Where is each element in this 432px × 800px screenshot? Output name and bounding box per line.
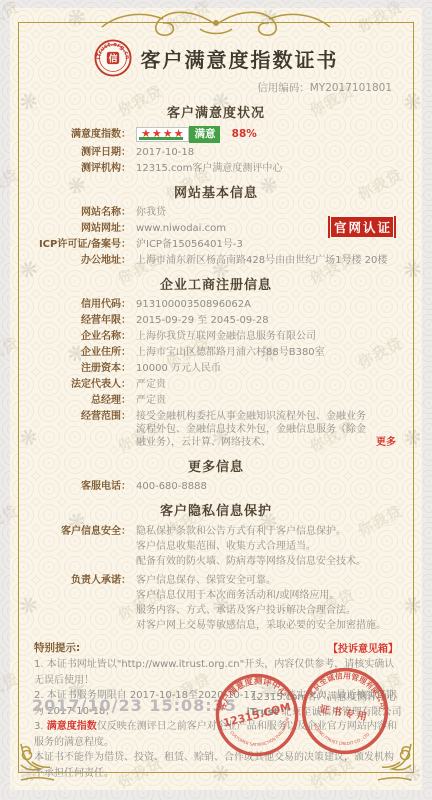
commitment-lines: 客户信息保存、保管安全可靠。 客户信息仅用于本次商务活动和/或网络应用。 服务内… [136, 573, 398, 633]
section-business-registration: 企业工商注册信息 [34, 274, 398, 293]
website-info-section: 网站基本信息 官网认证 网站名称： 你我贷 网站网址： www.niwodai.… [34, 182, 398, 267]
office-address-label: 办公地址： [34, 254, 136, 267]
credit-code-value: MY2017101801 [310, 82, 392, 94]
issue-timestamp: 2017/10/23 15:08:35 [32, 696, 237, 715]
info-security-line: 隐私保护条款和公告方式有利于客户信息保护。 [136, 524, 398, 539]
commitment-line: 客户信息仅用于本次商务活动和/或网络应用。 [136, 588, 398, 603]
satisfaction-index-label: 满意度指数： [34, 128, 136, 141]
service-phone-value: 400-680-8888 [136, 480, 398, 493]
info-security-line: 配备有效的防火墙、防病毒等网络及信息安全技术。 [136, 554, 398, 569]
privacy-group-commitment: 负责人承诺： 客户信息保存、保管安全可靠。 客户信息仅用于本次商务活动和/或网络… [34, 573, 398, 633]
certificate-title: 客户满意度指数证书 [141, 44, 339, 73]
info-security-label: 客户信息安全： [34, 524, 136, 569]
row-evaluation-date: 测评日期： 2017-10-18 [34, 146, 398, 159]
note-3-highlight: 满意度指数 [47, 721, 97, 732]
info-security-line: 客户信息收集范围、收集方式合理适当。 [136, 539, 398, 554]
svg-text:12315.COM: 12315.COM [222, 700, 292, 729]
credit-code-label: 信用编码： [257, 82, 310, 94]
business-scope-text: 接受金融机构委托从事金融知识流程外包、金融业务流程外包、金融信息技术外包，金融信… [136, 411, 366, 448]
row-icp-license: ICP许可证/备案号： 沪ICP备15056401号-3 [34, 238, 398, 251]
legal-representative-value: 严定贵 [136, 378, 398, 391]
row-registered-capital: 注册资本： 10000 万元人民币 [34, 362, 398, 375]
business-scope-value: 接受金融机构委托从事金融知识流程外包、金融业务流程外包、金融信息技术外包，金融信… [136, 410, 398, 449]
row-business-scope: 经营范围： 接受金融机构委托从事金融知识流程外包、金融业务流程外包、金融信息技术… [34, 410, 398, 449]
row-general-manager: 总经理： 严定贵 [34, 394, 398, 407]
site-name-label: 网站名称： [34, 206, 136, 219]
commitment-label: 负责人承诺： [34, 573, 136, 633]
commitment-line: 客户信息保存、保管安全可靠。 [136, 573, 398, 588]
icp-license-label: ICP许可证/备案号： [34, 238, 136, 251]
service-phone-label: 客服电话： [34, 480, 136, 493]
registered-capital-value: 10000 万元人民币 [136, 362, 398, 375]
section-website-info: 网站基本信息 [34, 182, 398, 201]
evaluation-agency-label: 测评机构： [34, 162, 136, 175]
commitment-line: 服务内容、方式、承诺及客户投诉解决合理合法。 [136, 603, 398, 618]
unified-credit-code-value: 91310000350896062A [136, 298, 398, 311]
row-operating-years: 经营年限： 2015-09-29 至 2045-09-28 [34, 314, 398, 327]
icp-license-value: 沪ICP备15056401号-3 [136, 238, 398, 251]
svg-text:证书专用: 证书专用 [318, 702, 371, 724]
more-link[interactable]: 更多 [376, 436, 396, 449]
unified-credit-code-label: 信用代码： [34, 298, 136, 311]
row-company-address: 企业住所： 上海市宝山区德都路月浦六村88号B380室 [34, 346, 398, 359]
privacy-group-info-security: 客户信息安全： 隐私保护条款和公告方式有利于客户信息保护。 客户信息收集范围、收… [34, 524, 398, 569]
credit-code-line: 信用编码：MY2017101801 [34, 80, 398, 95]
site-url-label: 网站网址： [34, 222, 136, 235]
row-evaluation-agency: 测评机构： 12315.com客户满意度测评中心 [34, 162, 398, 175]
operating-years-label: 经营年限： [34, 314, 136, 327]
evaluation-agency-value: 12315.com客户满意度测评中心 [136, 162, 398, 175]
company-name-label: 企业名称： [34, 330, 136, 343]
official-site-certified-stamp: 官网认证 [328, 216, 396, 238]
commitment-line: 对客户网上交易等敏感信息，采取必要的安全加密措施。 [136, 618, 398, 633]
rating-progress-bar [139, 137, 183, 140]
section-more-info: 更多信息 [34, 456, 398, 475]
certificate-header: iTrust.org.cn 信 客户满意度指数证书 [34, 38, 398, 78]
office-address-value: 上海市浦东新区杨高南路428号由由世纪广场1号楼 20楼 [136, 254, 398, 267]
general-manager-label: 总经理： [34, 394, 136, 407]
evaluation-date-value: 2017-10-18 [136, 146, 398, 159]
itrust-trust-seal-icon: iTrust.org.cn 信 [94, 39, 132, 77]
row-office-address: 办公地址： 上海市浦东新区杨高南路428号由由世纪广场1号楼 20楼 [34, 254, 398, 267]
registered-capital-label: 注册资本： [34, 362, 136, 375]
satisfaction-index-value: ★★★★ 满意 88% [136, 126, 398, 143]
itrust-certificate-seal: 北京至诚信用管理有限公司 证书专用 BEIJING ITRUST CREDIT … [293, 659, 397, 763]
business-scope-label: 经营范围： [34, 410, 136, 449]
row-service-phone: 客服电话： 400-680-8888 [34, 480, 398, 493]
note-3-prefix: 3. [34, 721, 47, 732]
section-privacy-protection: 客户隐私信息保护 [34, 500, 398, 519]
company-name-value: 上海你我贷互联网金融信息服务有限公司 [136, 330, 398, 343]
operating-years-value: 2015-09-29 至 2045-09-28 [136, 314, 398, 327]
info-security-lines: 隐私保护条款和公告方式有利于客户信息保护。 客户信息收集范围、收集方式合理适当。… [136, 524, 398, 569]
percent-value: 88% [232, 128, 257, 140]
svg-text:信: 信 [108, 52, 117, 64]
company-address-label: 企业住所： [34, 346, 136, 359]
star-rating: ★★★★ [136, 127, 189, 142]
row-legal-representative: 法定代表人： 严定贵 [34, 378, 398, 391]
general-manager-value: 严定贵 [136, 394, 398, 407]
complaint-box-link[interactable]: 【投诉意见箱】 [328, 640, 398, 655]
company-address-value: 上海市宝山区德都路月浦六村88号B380室 [136, 346, 398, 359]
notes-header: 特别提示: 【投诉意见箱】 [34, 640, 398, 655]
row-credit-code: 信用代码： 91310000350896062A [34, 298, 398, 311]
svg-text:BEIJING ITRUST CREDIT CO., LTD: BEIJING ITRUST CREDIT CO., LTD [310, 722, 371, 750]
section-satisfaction-status: 客户满意度状况 [34, 102, 398, 121]
certificate-panel: iTrust.org.cn 信 客户满意度指数证书 信用编码：MY2017101… [10, 8, 422, 790]
row-satisfaction-index: 满意度指数： ★★★★ 满意 88% [34, 126, 398, 143]
legal-representative-label: 法定代表人： [34, 378, 136, 391]
certificate-page: iTrust.org.cn 信 客户满意度指数证书 信用编码：MY2017101… [0, 0, 432, 800]
notes-title: 特别提示: [34, 640, 80, 655]
grade-badge: 满意 [189, 126, 220, 143]
evaluation-date-label: 测评日期： [34, 146, 136, 159]
row-company-name: 企业名称： 上海你我贷互联网金融信息服务有限公司 [34, 330, 398, 343]
